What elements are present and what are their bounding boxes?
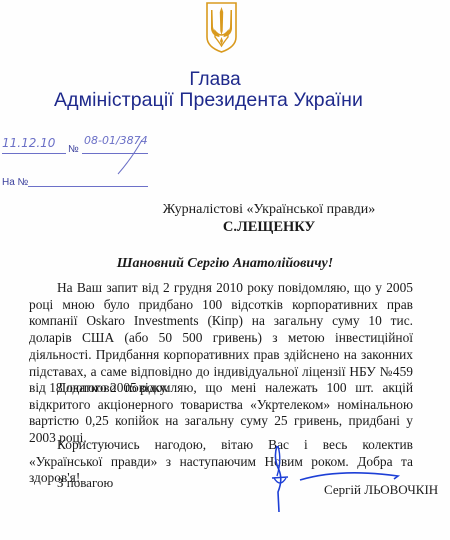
handwritten-signature-icon	[270, 440, 410, 520]
reply-number-underline	[28, 186, 148, 187]
salutation: Шановний Сергію Анатолійовичу!	[0, 256, 450, 272]
letter-page: Глава Адміністрації Президента України 1…	[0, 0, 450, 540]
handwritten-stroke-icon	[108, 138, 148, 178]
reply-number-label: На №	[2, 177, 28, 188]
trident-coat-of-arms-icon	[205, 1, 238, 53]
handwritten-date: 11.12.10	[2, 136, 55, 150]
number-label: №	[68, 144, 79, 155]
date-underline	[2, 153, 66, 154]
signer-name: Сергій ЛЬОВОЧКІН	[324, 482, 438, 498]
addressee-name: С.ЛЕЩЕНКУ	[0, 219, 450, 236]
letterhead-title-line2: Адміністрації Президента України	[54, 89, 363, 112]
signoff: З повагою	[57, 475, 113, 491]
letterhead-title-line1: Глава	[0, 69, 450, 91]
addressee-line1: Журналістові «Української правди»	[0, 202, 450, 218]
